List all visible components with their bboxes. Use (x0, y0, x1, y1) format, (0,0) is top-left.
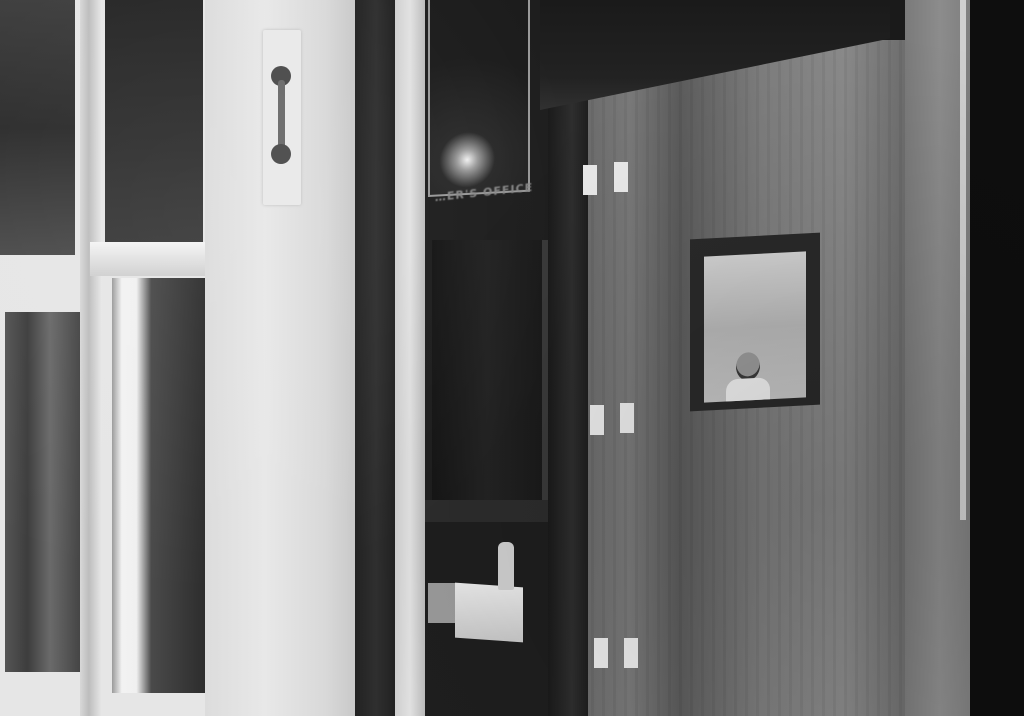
window-pane (0, 0, 75, 255)
hinge-plate (583, 165, 597, 195)
mirror (690, 233, 820, 412)
box (455, 583, 523, 643)
door-jamb-edge (395, 0, 425, 716)
hinge-plate (590, 405, 604, 435)
hinge-plate (620, 403, 634, 433)
window-pane (105, 0, 203, 242)
window-pane (112, 278, 210, 693)
door-jamb (355, 0, 397, 716)
bottle (498, 542, 514, 590)
window (0, 0, 215, 716)
framed-picture (428, 0, 530, 197)
wooden-door-frame (548, 100, 588, 716)
person-shoulders (726, 377, 770, 401)
handle-bar (278, 80, 285, 150)
door-handle (271, 66, 291, 164)
inner-door (432, 240, 548, 510)
shelf (425, 500, 555, 522)
hinge-plate (594, 638, 608, 668)
reflected-person (726, 351, 770, 401)
person-head (736, 352, 760, 381)
hinge-plate (624, 638, 638, 668)
hinge-plate (614, 162, 628, 192)
window-rail (90, 242, 215, 276)
photograph: …ER'S OFFICE (0, 0, 1024, 716)
frame-edge (960, 0, 966, 520)
window-mullion (80, 0, 102, 716)
dark-edge (970, 0, 1024, 716)
window-pane (5, 312, 80, 672)
mirror-glass (704, 251, 806, 402)
object (428, 583, 458, 623)
handle-knob (271, 144, 291, 164)
